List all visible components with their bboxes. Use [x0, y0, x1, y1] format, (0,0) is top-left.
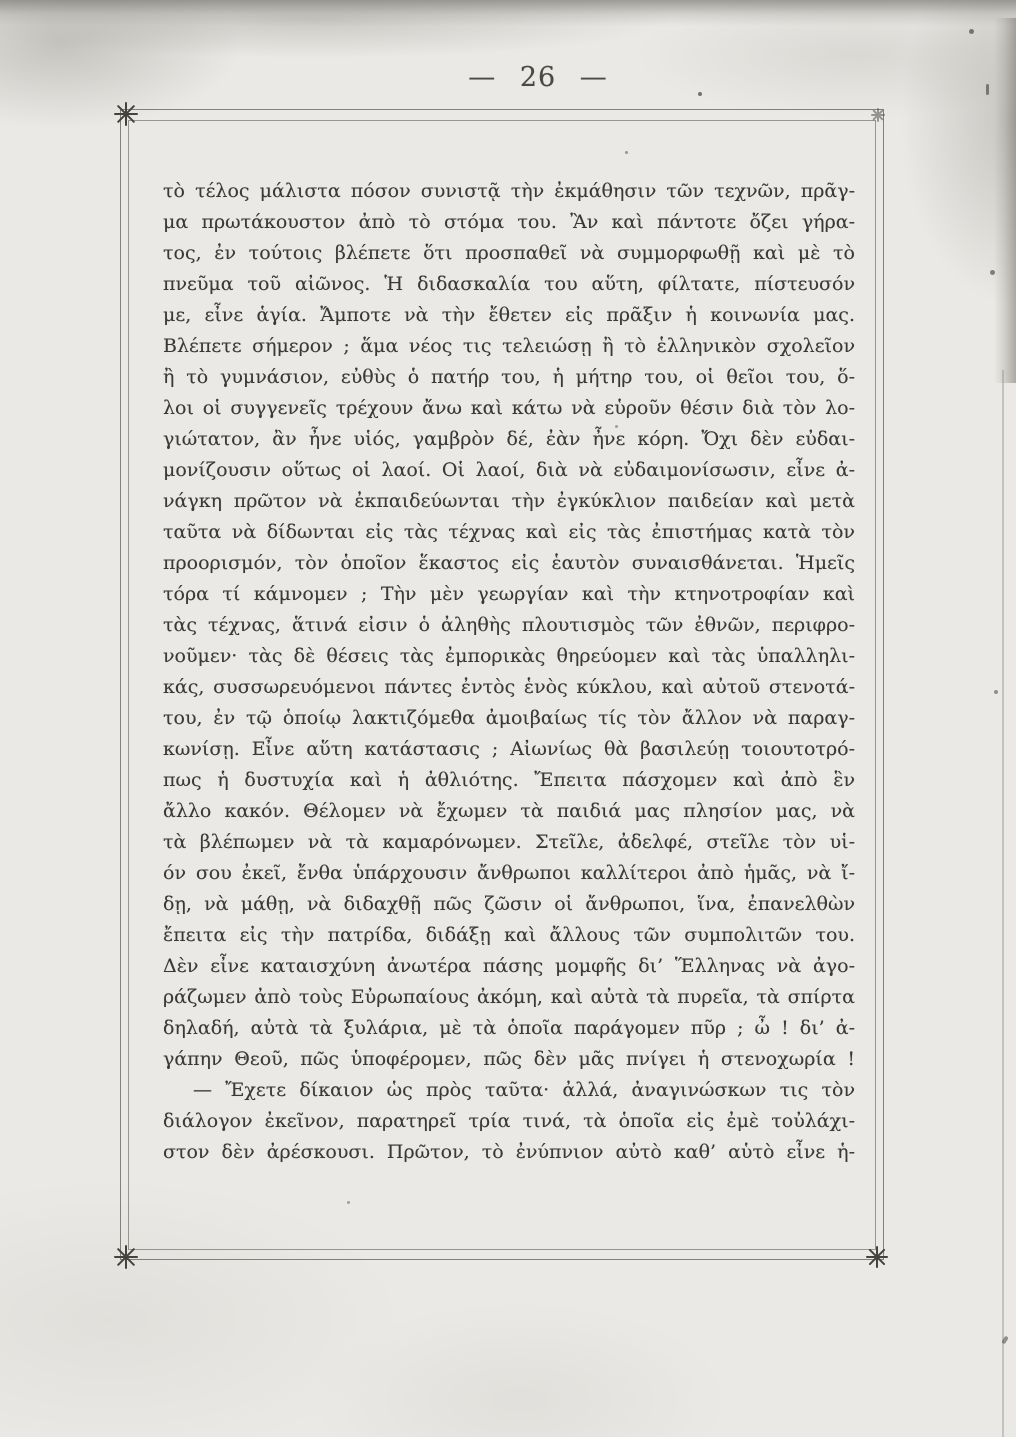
- text-line: λοι οἱ συγγενεῖς τρέχουν ἄνω καὶ κάτω νὰ…: [163, 393, 855, 424]
- scan-top-edge-shadow: [0, 0, 1016, 26]
- text-line: ἄλλο κακόν. Θέλομεν νὰ ἔχωμεν τὰ παιδιά …: [163, 796, 855, 827]
- corner-star-icon: [114, 1245, 138, 1269]
- text-line: όν σου ἐκεῖ, ἔνθα ὑπάρχουσιν ἄνθρωποι κα…: [163, 858, 855, 889]
- text-line: πως ἡ δυστυχία καὶ ἡ ἀθλιότης. Ἔπειτα πά…: [163, 765, 855, 796]
- text-line: προορισμόν, τὸν ὁποῖον ἕκαστος εἰς ἑαυτὸ…: [163, 548, 855, 579]
- scan-speck: [969, 29, 974, 34]
- text-line: Βλέπετε σήμερον ; ἅμα νέος τις τελειώσῃ …: [163, 331, 855, 362]
- text-line: του, ἐν τῷ ὁποίῳ λακτιζόμεθα ἀμοιβαίως τ…: [163, 703, 855, 734]
- text-line: κάς, συσσωρευόμενοι πάντες ἐντὸς ἑνὸς κύ…: [163, 672, 855, 703]
- corner-star-icon: [871, 108, 885, 122]
- text-line: ἔπειτα εἰς τὴν πατρίδα, διδάξῃ καὶ ἄλλου…: [163, 920, 855, 951]
- text-line: δῃ, νὰ μάθῃ, νὰ διδαχθῇ πῶς ζῶσιν οἱ ἄνθ…: [163, 889, 855, 920]
- text-line: δηλαδή, αὐτὰ τὰ ξυλάρια, μὲ τὰ ὁποῖα παρ…: [163, 1013, 855, 1044]
- text-line: στον δὲν ἀρέσκουσι. Πρῶτον, τὸ ἐνύπνιον …: [163, 1137, 855, 1168]
- text-line: ταῦτα νὰ δίδωνται εἰς τὰς τέχνας καὶ εἰς…: [163, 517, 855, 548]
- corner-star-icon: [114, 102, 138, 126]
- text-line: κωνίσῃ. Εἶνε αὕτη κατάστασις ; Αἰωνίως θ…: [163, 734, 855, 765]
- corner-star-icon: [866, 1246, 888, 1268]
- text-line: νάγκη πρῶτον νὰ ἐκπαιδεύωνται τὴν ἐγκύκλ…: [163, 486, 855, 517]
- text-line: Δὲν εἶνε καταισχύνη ἀνωτέρα πάσης μομφῆς…: [163, 951, 855, 982]
- page-number: — 26 —: [30, 62, 1016, 93]
- text-line: τος, ἐν τούτοις βλέπετε ὅτι προσπαθεῖ νὰ…: [163, 238, 855, 269]
- text-line: τὰς τέχνας, ἅτινά εἰσιν ὁ ἀληθὴς πλουτισ…: [163, 610, 855, 641]
- text-line: μα πρωτάκουστον ἀπὸ τὸ στόμα του. Ἂν καὶ…: [163, 207, 855, 238]
- text-line: τὰ βλέπωμεν νὰ τὰ καμαρόνωμεν. Στεῖλε, ἀ…: [163, 827, 855, 858]
- text-line: με, εἶνε ἁγία. Ἄμποτε νὰ τὴν ἔθετεν εἰς …: [163, 300, 855, 331]
- scan-speck: [990, 270, 995, 275]
- text-line: γάπην Θεοῦ, πῶς ὑποφέρομεν, πῶς δὲν μᾶς …: [163, 1044, 855, 1075]
- scanned-book-page: — 26 — τὸ τέλος μάλιστα πόσον συνιστᾷ τὴ…: [0, 0, 1016, 1437]
- scan-speck: [994, 690, 998, 694]
- text-line: τόρα τί κάμνομεν ; Τὴν μὲν γεωργίαν καὶ …: [163, 579, 855, 610]
- text-line: — Ἔχετε δίκαιον ὡς πρὸς ταῦτα· ἀλλά, ἀνα…: [163, 1075, 855, 1106]
- text-line: διάλογον ἐκεῖνον, παρατηρεῖ τρία τινά, τ…: [163, 1106, 855, 1137]
- text-line: μονίζουσιν οὕτως οἱ λαοί. Οἱ λαοί, διὰ ν…: [163, 455, 855, 486]
- page-edge-line: [1002, 370, 1004, 1437]
- body-text: τὸ τέλος μάλιστα πόσον συνιστᾷ τὴν ἐκμάθ…: [163, 176, 855, 1168]
- text-line: γιώτατον, ἂν ἦνε υἱός, γαμβρὸν δέ, ἐὰν ἦ…: [163, 424, 855, 455]
- text-line: νοῦμεν· τὰς δὲ θέσεις τὰς ἐμπορικὰς θηρε…: [163, 641, 855, 672]
- text-line: τὸ τέλος μάλιστα πόσον συνιστᾷ τὴν ἐκμάθ…: [163, 176, 855, 207]
- text-line: ράζωμεν ἀπὸ τοὺς Εὐρωπαίους ἀκόμη, καὶ α…: [163, 982, 855, 1013]
- text-line: πνεῦμα τοῦ αἰῶνος. Ἡ διδασκαλία του αὕτη…: [163, 269, 855, 300]
- text-line: ἢ τὸ γυμνάσιον, εὐθὺς ὁ πατήρ του, ἡ μήτ…: [163, 362, 855, 393]
